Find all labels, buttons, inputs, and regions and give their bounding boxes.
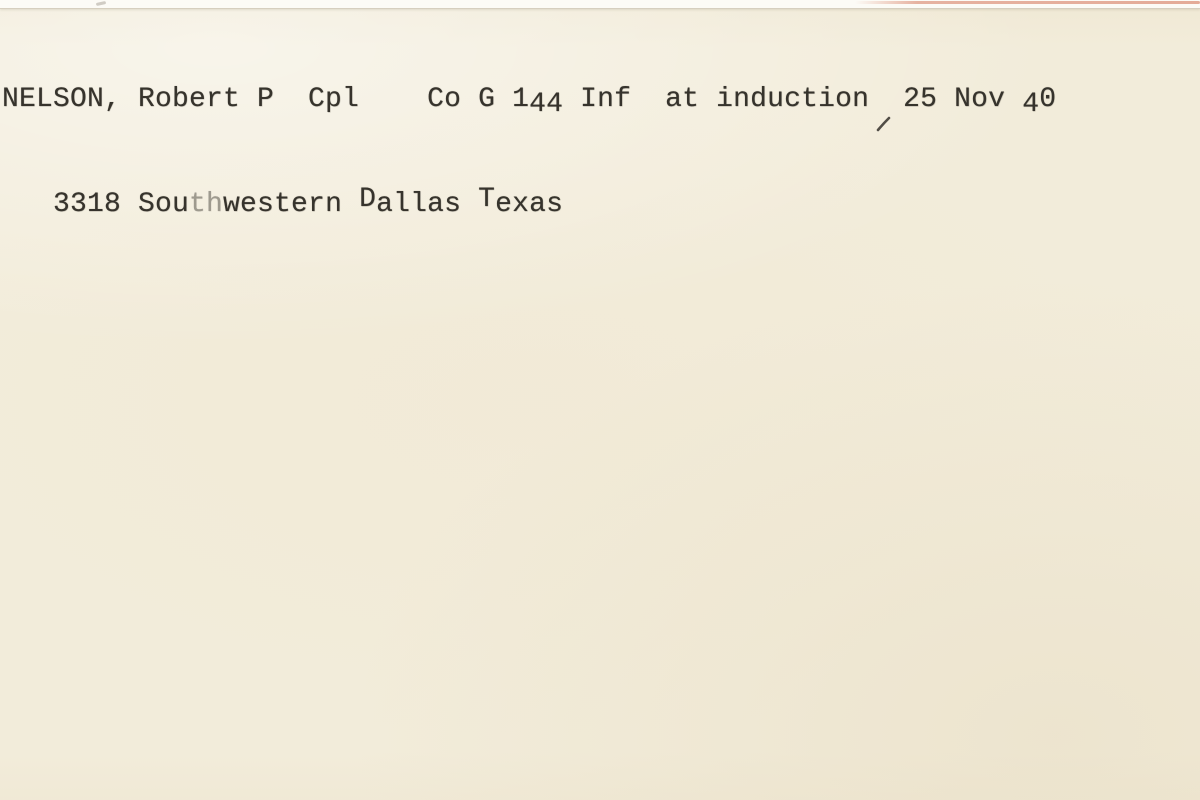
typed-line-2: 3318 Southwestern Dallas Texas — [2, 187, 1056, 222]
typed-text-segment: Inf at induction 25 Nov — [563, 84, 1022, 115]
typed-text-segment: T — [478, 182, 495, 217]
typed-line-1: NELSON, Robert P Cpl Co G 144 Inf at ind… — [2, 82, 1056, 117]
typed-text-segment: D — [359, 182, 376, 217]
typed-text-segment: 0 — [1039, 84, 1056, 115]
typed-text-segment: NELSON, Robert P Cpl Co G 1 — [2, 84, 529, 115]
typed-text-segment: 4 — [1022, 87, 1039, 122]
typed-text-segment: allas — [376, 189, 478, 220]
typed-record: NELSON, Robert P Cpl Co G 144 Inf at ind… — [2, 12, 1056, 292]
stray-ink-mark — [874, 114, 894, 134]
typed-text-segment: western — [223, 189, 359, 220]
typed-text-segment: exas — [495, 189, 563, 220]
typed-text-segment: th — [189, 189, 223, 220]
typed-text-segment: 44 — [529, 87, 563, 122]
index-card-scan: NELSON, Robert P Cpl Co G 144 Inf at ind… — [0, 0, 1200, 800]
ink-slash-icon — [874, 114, 894, 134]
typed-text-segment: 3318 Sou — [2, 189, 189, 220]
red-rule-line — [855, 1, 1200, 4]
